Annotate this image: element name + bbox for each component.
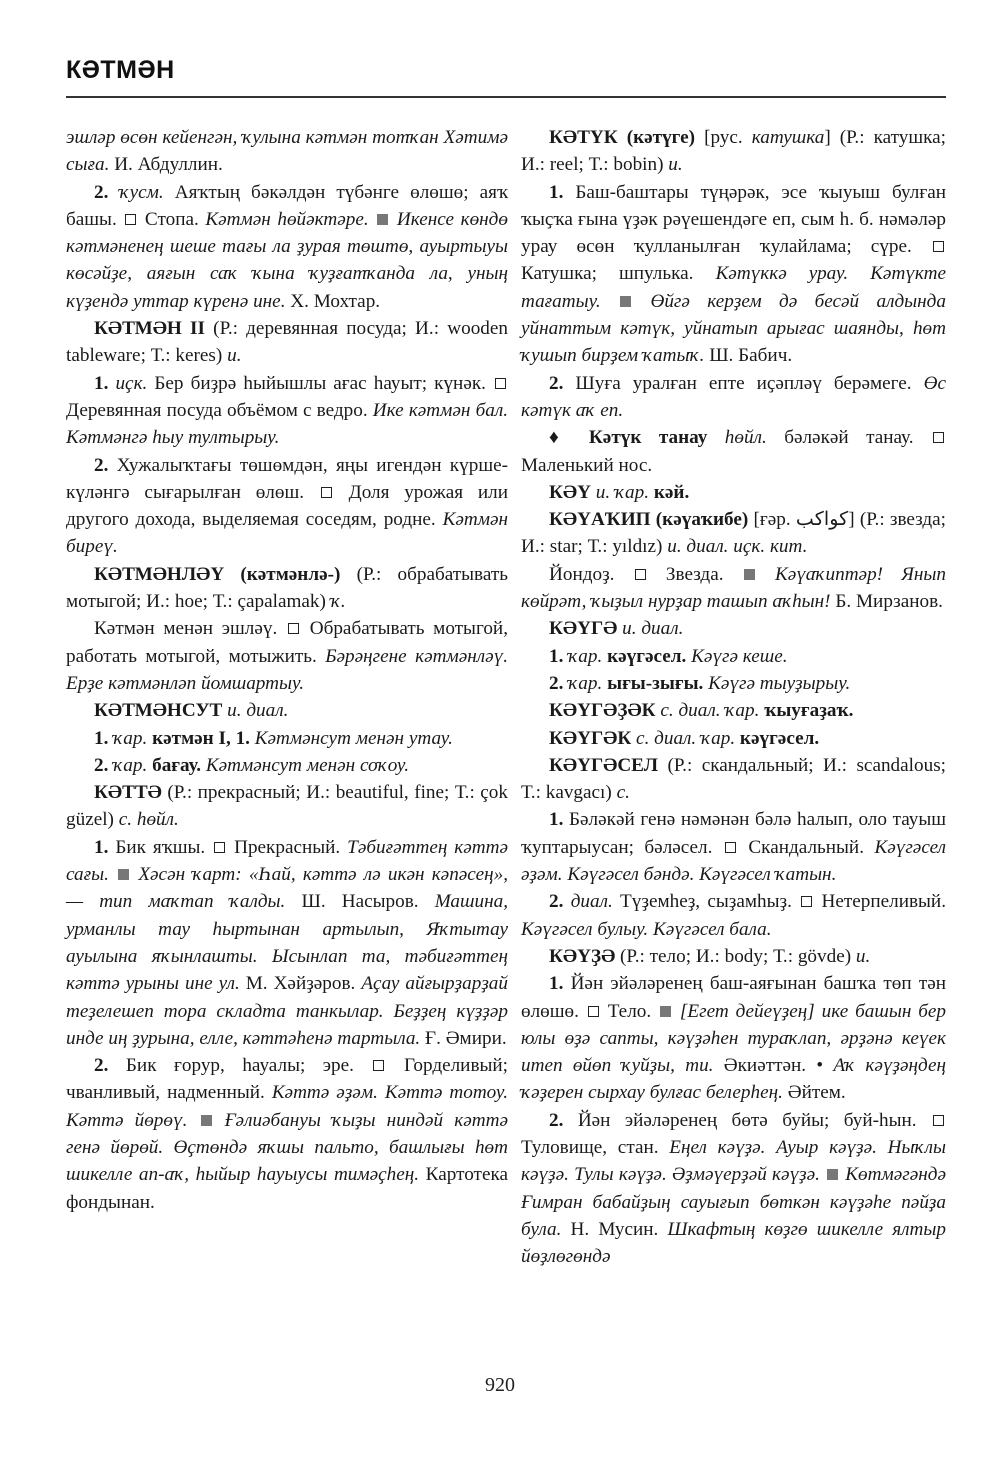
entry-sense: 1. ҡар. кәүгәсел. Кәүгә кеше. xyxy=(521,643,946,670)
bold-text: Кәтүк танау xyxy=(589,427,707,448)
dictionary-entry: КӘҮГӘК с. диал. ҡар. кәүгәсел. xyxy=(521,725,946,752)
italic-text: и. xyxy=(668,154,682,175)
text-run: Бик ғорур, һауалы; эре. xyxy=(126,1055,372,1076)
text-run: Звезда. xyxy=(648,564,742,585)
bold-text: 1. xyxy=(549,809,569,830)
italic-text: с. диал. ҡар. xyxy=(656,700,760,721)
bold-text: бағау. xyxy=(147,755,201,776)
hollow-square-icon xyxy=(635,569,646,580)
entry-sense: 2. Шуға уралған епте иҫәпләү берәмеге. Ө… xyxy=(521,370,946,425)
text-run: • xyxy=(816,1055,833,1076)
bold-text: кәүгәсел. xyxy=(602,646,686,667)
bold-text: КӘҮГӘСЕЛ xyxy=(549,755,658,776)
right-column: КӘТҮК (кәтүге) [рус. катушка] (Р.: катуш… xyxy=(521,124,946,1270)
bold-text: ҡыуғаҙаҡ. xyxy=(759,700,853,721)
italic-text: Кәүгә кеше. xyxy=(686,646,787,667)
italic-text: Кәтмәнсут менән утау. xyxy=(250,728,453,749)
bold-text: 2. xyxy=(549,1110,578,1131)
bold-text: КӘҮ xyxy=(549,482,591,503)
text-run: Йән эйәләренең бөтә буйы; буй-һын. xyxy=(578,1110,931,1131)
bold-text: 2. xyxy=(549,891,571,912)
text-run: Х. Мохтар. xyxy=(286,291,381,312)
text-run: Н. Мусин. xyxy=(561,1219,667,1240)
bold-text: КӘҮҘӘ xyxy=(549,946,615,967)
bold-text: 2. xyxy=(94,455,117,476)
bold-text: 1. xyxy=(549,973,571,994)
dictionary-entry: КӘҮАҠИП (кәүаҡибе) [ғәр. كواكب] (Р.: зве… xyxy=(521,506,946,561)
text-run: Б. Мирзанов. xyxy=(831,591,943,612)
bold-text: ығы-зығы. xyxy=(602,673,703,694)
text-run: Кәтмән менән эшләү. xyxy=(94,618,286,639)
entry-sense: 2. ҡусм. Аяҡтың бәкәлдән түбәнге өлөшө; … xyxy=(66,179,508,315)
bold-text: кәй. xyxy=(649,482,689,503)
dictionary-entry: КӘТМӘН II (Р.: деревянная посуда; И.: wo… xyxy=(66,315,508,370)
dictionary-entry: КӘТМӘНСУТ и. диал. xyxy=(66,697,508,724)
italic-text: ҡусм. xyxy=(119,182,163,203)
dictionary-entry: КӘҮГӘ и. диал. xyxy=(521,615,946,642)
text-run: Бер биҙрә һыйышлы ағас һауыт; күнәк. xyxy=(147,373,493,394)
hollow-square-icon xyxy=(933,1115,944,1126)
bold-text: кәүгәсел. xyxy=(735,728,819,749)
dictionary-entry: КӘҮГӘСЕЛ (Р.: скандальный; И.: scandalou… xyxy=(521,752,946,807)
bold-text: КӘҮАҠИП (кәүаҡибе) xyxy=(549,509,748,530)
text-run: Катушка; шпулька. xyxy=(521,263,716,284)
italic-text: ҡар. xyxy=(113,728,147,749)
text-run: М. Хәйҙәров. xyxy=(240,973,362,994)
italic-text: с. һөйл. xyxy=(119,809,179,830)
bold-text: КӘТМӘН II xyxy=(94,318,205,339)
dictionary-entry: КӘҮҘӘ (Р.: тело; И.: body; Т.: gövde) и. xyxy=(521,943,946,970)
entry-sense: 1. Бәләкәй генә нәмәнән бәлә һалып, оло … xyxy=(521,806,946,888)
text-run: Нетерпеливый. xyxy=(814,891,946,912)
text-run: И. Абдуллин. xyxy=(109,154,222,175)
bold-text: КӘҮГӘҘӘК xyxy=(549,700,656,721)
dictionary-entry: КӘТҮК (кәтүге) [рус. катушка] (Р.: катуш… xyxy=(521,124,946,179)
hollow-square-icon xyxy=(725,842,736,853)
text-run: Ғ. Әмири. xyxy=(420,1028,506,1049)
bold-text: 1. xyxy=(94,373,115,394)
page-number: 920 xyxy=(0,1374,1000,1397)
entry-sense: 1. иҫк. Бер биҙрә һыйышлы ағас һауыт; кү… xyxy=(66,370,508,452)
bold-text: 2. xyxy=(94,755,113,776)
hollow-square-icon xyxy=(588,1006,599,1017)
italic-text: и. диал. иҫк. кит. xyxy=(667,536,807,557)
bold-text: 2. xyxy=(549,373,575,394)
text-run: Маленький нос. xyxy=(521,455,652,476)
text-run: [рус. xyxy=(695,127,752,148)
text-run: Бик яҡшы. xyxy=(115,837,212,858)
hollow-square-icon xyxy=(288,623,299,634)
bold-text: КӘТМӘНЛӘҮ (кәтмәнлә-) xyxy=(94,564,340,585)
hollow-square-icon xyxy=(933,241,944,252)
italic-text: ҡар. xyxy=(568,673,602,694)
hollow-square-icon xyxy=(321,487,332,498)
text-run: Баш-баштары түңәрәк, эсе ҡыуыш булған ҡы… xyxy=(521,182,946,258)
bold-text: 1. xyxy=(94,728,113,749)
italic-text: Кәүгә тыуҙырыу. xyxy=(703,673,850,694)
italic-text: и. диал. xyxy=(617,618,683,639)
entry-sense: 1. Йән эйәләренең баш-аяғынан башҡа төп … xyxy=(521,970,946,1106)
entry-sense: 2. диал. Түҙемһеҙ, сыҙамһыҙ. Нетерпеливы… xyxy=(521,888,946,943)
filled-square-icon xyxy=(744,569,755,580)
entry-sense: 1. Баш-баштары түңәрәк, эсе ҡыуыш булған… xyxy=(521,179,946,370)
text-run: Ш. Насыров. xyxy=(285,891,434,912)
text-run: Түҙемһеҙ, сыҙамһыҙ. xyxy=(613,891,799,912)
filled-square-icon xyxy=(620,296,631,307)
italic-text: катушка xyxy=(752,127,825,148)
text-run: Туловище, стан. xyxy=(521,1137,669,1158)
running-head: КӘТМӘН xyxy=(66,56,175,85)
left-column: эшләр өсөн кейенгән, ҡулына кәтмән тотҡа… xyxy=(66,124,508,1216)
entry-sense: 1. ҡар. кәтмән I, 1. Кәтмәнсут менән ута… xyxy=(66,725,508,752)
bold-text: КӘТТӘ xyxy=(94,782,162,803)
dictionary-entry: КӘТТӘ (Р.: прекрасный; И.: beautiful, fi… xyxy=(66,779,508,834)
bold-text: кәтмән I, 1. xyxy=(147,728,250,749)
hollow-square-icon xyxy=(495,378,506,389)
hollow-square-icon xyxy=(373,1060,384,1071)
italic-text: Кәтмән һөйәктәре. xyxy=(205,209,375,230)
entry-sense: Кәтмән менән эшләү. Обрабатывать мотыгой… xyxy=(66,615,508,697)
italic-text: һөйл. xyxy=(707,427,766,448)
text-run: Прекрасный. xyxy=(227,837,347,858)
italic-text: ҡ. xyxy=(331,591,346,612)
bold-text: КӘҮГӘК xyxy=(549,728,631,749)
italic-text: и. xyxy=(856,946,870,967)
header-rule xyxy=(66,96,946,98)
text-run: Әкиәттән. xyxy=(713,1055,816,1076)
bold-text: 1. xyxy=(549,182,575,203)
dictionary-entry: КӘҮГӘҘӘК с. диал. ҡар. ҡыуғаҙаҡ. xyxy=(521,697,946,724)
bold-text: 1. xyxy=(94,837,115,858)
italic-text: Кәтмәнсут менән соҡоу. xyxy=(201,755,409,776)
entry-sense: Йондоҙ. Звезда. Кәүаҡиптәр! Янып көйрәт,… xyxy=(521,561,946,616)
italic-text: с. xyxy=(617,782,630,803)
bold-text: 2. xyxy=(549,673,568,694)
bold-text: ♦ xyxy=(549,427,589,448)
entry-sense: ♦ Кәтүк танау һөйл. бәләкәй танау. Мален… xyxy=(521,424,946,479)
entry-sense: 2. Йән эйәләренең бөтә буйы; буй-һын. Ту… xyxy=(521,1107,946,1271)
text-run: бәләкәй танау. xyxy=(767,427,931,448)
text-run: Шуға уралған епте иҫәпләү берәмеге. xyxy=(575,373,923,394)
entry-sense: 2. ҡар. бағау. Кәтмәнсут менән соҡоу. xyxy=(66,752,508,779)
italic-text: диал. xyxy=(571,891,613,912)
hollow-square-icon xyxy=(214,842,225,853)
hollow-square-icon xyxy=(801,896,812,907)
italic-text: ҡар. xyxy=(568,646,602,667)
entry-sense: 2. Бик ғорур, һауалы; эре. Горделивый; ч… xyxy=(66,1052,508,1216)
entry-sense: 2. Хужалыҡтағы төшөмдән, яңы игендән күр… xyxy=(66,452,508,561)
italic-text: с. диал. ҡар. xyxy=(631,728,735,749)
italic-text: и. ҡар. xyxy=(591,482,649,503)
bold-text: КӘҮГӘ xyxy=(549,618,617,639)
bold-text: 2. xyxy=(94,1055,126,1076)
continued-text: эшләр өсөн кейенгән, ҡулына кәтмән тотҡа… xyxy=(66,124,508,179)
text-run: Ш. Бабич. xyxy=(704,345,792,366)
bold-text: 1. xyxy=(549,646,568,667)
italic-text: и. диал. xyxy=(222,700,288,721)
hollow-square-icon xyxy=(125,214,136,225)
italic-text: и. xyxy=(227,345,241,366)
dictionary-entry: КӘТМӘНЛӘҮ (кәтмәнлә-) (Р.: обрабатывать … xyxy=(66,561,508,616)
italic-text: иҫк. xyxy=(115,373,147,394)
text-run: Йондоҙ. xyxy=(549,564,633,585)
entry-sense: 2. ҡар. ығы-зығы. Кәүгә тыуҙырыу. xyxy=(521,670,946,697)
bold-text: КӘТМӘНСУТ xyxy=(94,700,222,721)
filled-square-icon xyxy=(377,214,388,225)
filled-square-icon xyxy=(118,869,129,880)
italic-text: Кәүгәсел булыу. Кәүгәсел бала. xyxy=(521,919,772,940)
dictionary-entry: КӘҮ и. ҡар. кәй. xyxy=(521,479,946,506)
italic-text: ҡар. xyxy=(113,755,147,776)
text-run: (Р.: тело; И.: body; Т.: gövde) xyxy=(615,946,856,967)
text-run: Скандальный. xyxy=(738,837,875,858)
filled-square-icon xyxy=(660,1006,671,1017)
bold-text: КӘТҮК (кәтүге) xyxy=(549,127,695,148)
text-run: Тело. xyxy=(601,1001,658,1022)
text-run: Деревянная посуда объёмом с ведро. xyxy=(66,400,373,421)
entry-sense: 1. Бик яҡшы. Прекрасный. Тәбиғәттең кәтт… xyxy=(66,834,508,1052)
bold-text: 2. xyxy=(94,182,119,203)
filled-square-icon xyxy=(827,1169,838,1180)
filled-square-icon xyxy=(201,1115,212,1126)
text-run: Әйтем. xyxy=(783,1082,846,1103)
hollow-square-icon xyxy=(933,432,944,443)
text-run: Стопа. xyxy=(138,209,205,230)
